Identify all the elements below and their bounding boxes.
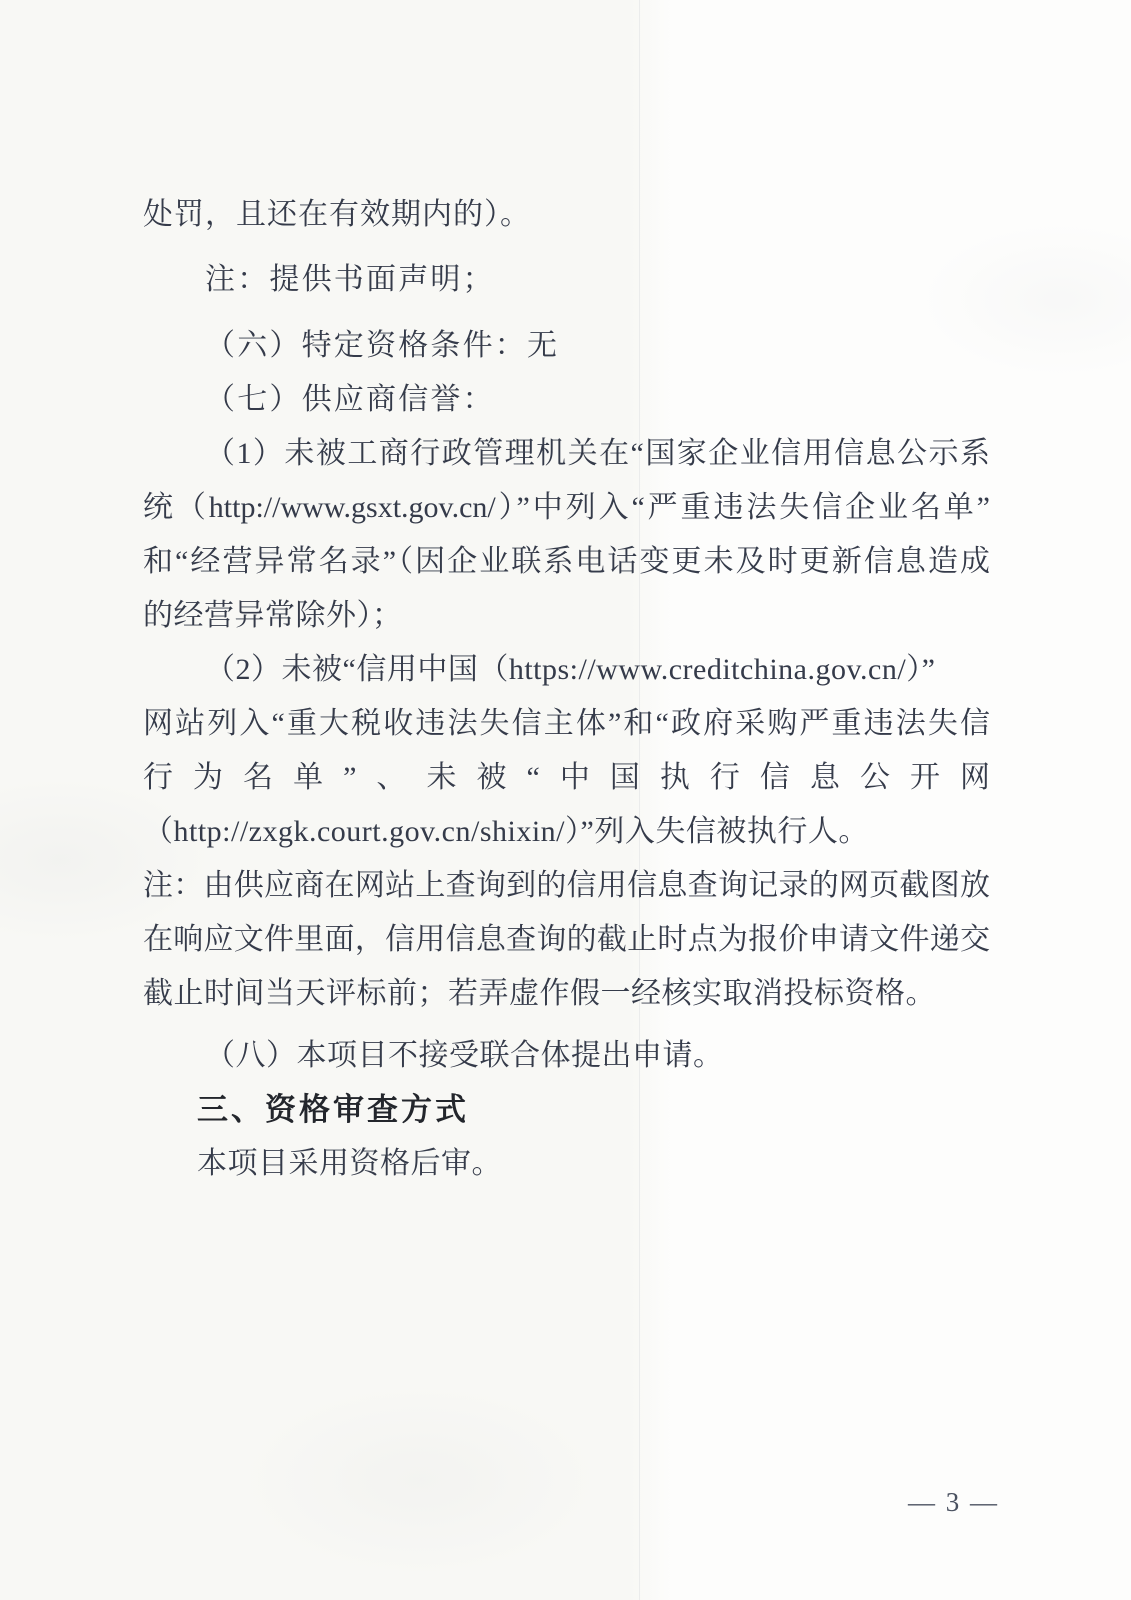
page-number: — 3 — xyxy=(908,1487,999,1518)
line-item-7-1-c: 和“经营异常名录”（因企业联系电话变更未及时更新信息造成 xyxy=(143,535,990,589)
line-item-7: （七）供应商信誉： xyxy=(143,373,990,427)
line-item-7-1-d: 的经营异常除外）； xyxy=(143,589,990,643)
line-item-7-1-b: 统（http://www.gsxt.gov.cn/）”中列入“严重违法失信企业名… xyxy=(143,481,990,535)
line-section-3-heading: 三、资格审查方式 xyxy=(143,1083,990,1137)
line-item-8: （八）本项目不接受联合体提出申请。 xyxy=(143,1029,990,1083)
line-penalty-continuation: 处罚，且还在有效期内的）。 xyxy=(143,188,990,242)
line-item-7-2-b: 网站列入“重大税收违法失信主体”和“政府采购严重违法失信 xyxy=(143,697,990,751)
line-credit-note-b: 在响应文件里面，信用信息查询的截止时点为报价申请文件递交 xyxy=(143,913,990,967)
line-note-written-statement: 注：提供书面声明； xyxy=(143,253,990,307)
line-section-3-body: 本项目采用资格后审。 xyxy=(143,1137,990,1191)
line-item-7-1-a: （1）未被工商行政管理机关在“国家企业信用信息公示系 xyxy=(143,427,990,481)
line-item-7-2-d: （http://zxgk.court.gov.cn/shixin/）”列入失信被… xyxy=(143,805,990,859)
line-credit-note-a: 注：由供应商在网站上查询到的信用信息查询记录的网页截图放 xyxy=(143,859,990,913)
line-item-7-2-a: （2）未被“信用中国（https://www.creditchina.gov.c… xyxy=(143,643,990,697)
line-item-6: （六）特定资格条件：无 xyxy=(143,319,990,373)
line-credit-note-c: 截止时间当天评标前；若弄虚作假一经核实取消投标资格。 xyxy=(143,967,990,1021)
document-page: 处罚，且还在有效期内的）。注：提供书面声明；（六）特定资格条件：无（七）供应商信… xyxy=(0,0,1131,1600)
line-item-7-2-c: 行为名单”、未被“中国执行信息公开网 xyxy=(143,751,990,805)
document-body: 处罚，且还在有效期内的）。注：提供书面声明；（六）特定资格条件：无（七）供应商信… xyxy=(143,188,990,1191)
